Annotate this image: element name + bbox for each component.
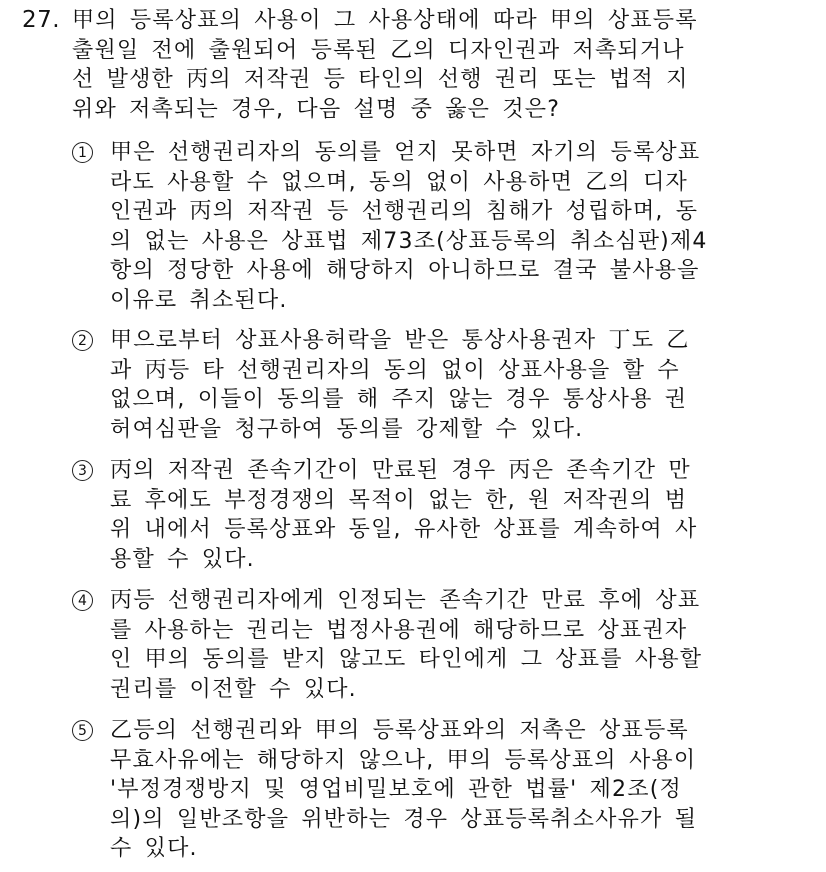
option-text: 丙등 선행권리자에게 인정되는 존속기간 만료 후에 상표 를 사용하는 권리는… [110,586,770,704]
circled-number-3-icon: 3 [72,460,93,481]
option-line: 丙등 선행권리자에게 인정되는 존속기간 만료 후에 상표 [110,586,770,616]
option-line: 없으며, 이들이 동의를 해 주지 않는 경우 통상사용 권 [110,385,770,415]
option-line: 용할 수 있다. [110,545,770,575]
option-line: 甲은 선행권리자의 동의를 얻지 못하면 자기의 등록상표 [110,138,770,168]
question-line: 甲의 등록상표의 사용이 그 사용상태에 따라 甲의 상표등록 [72,6,772,36]
option-line: 권리를 이전할 수 있다. [110,675,770,705]
option-line: 위 내에서 등록상표와 동일, 유사한 상표를 계속하여 사 [110,515,770,545]
option-text: 甲으로부터 상표사용허락을 받은 통상사용권자 丁도 乙 과 丙등 타 선행권리… [110,326,770,444]
option-line: 인 甲의 동의를 받지 않고도 타인에게 그 상표를 사용할 [110,645,770,675]
circled-number-1-icon: 1 [72,142,93,163]
option-text: 丙의 저작권 존속기간이 만료된 경우 丙은 존속기간 만 료 후에도 부정경쟁… [110,456,770,574]
question-stem: 甲의 등록상표의 사용이 그 사용상태에 따라 甲의 상표등록 출원일 전에 출… [72,6,772,124]
option-line: 甲으로부터 상표사용허락을 받은 통상사용권자 丁도 乙 [110,326,770,356]
circled-number-2-icon: 2 [72,330,93,351]
option-line: 를 사용하는 권리는 법정사용권에 해당하므로 상표권자 [110,616,770,646]
circled-number-5-icon: 5 [72,720,93,741]
option-line: 이유로 취소된다. [110,286,770,316]
option-text: 甲은 선행권리자의 동의를 얻지 못하면 자기의 등록상표 라도 사용할 수 없… [110,138,770,315]
option-line: 의)의 일반조항을 위반하는 경우 상표등록취소사유가 될 [110,805,770,835]
option-line: 라도 사용할 수 없으며, 동의 없이 사용하면 乙의 디자 [110,168,770,198]
exam-page: 27. 甲의 등록상표의 사용이 그 사용상태에 따라 甲의 상표등록 출원일 … [0,0,826,872]
option-line: 丙의 저작권 존속기간이 만료된 경우 丙은 존속기간 만 [110,456,770,486]
option-text: 乙등의 선행권리와 甲의 등록상표와의 저촉은 상표등록 무효사유에는 해당하지… [110,716,770,864]
option-line: 의 없는 사용은 상표법 제73조(상표등록의 취소심판)제4 [110,227,770,257]
option-line: 과 丙등 타 선행권리자의 동의 없이 상표사용을 할 수 [110,356,770,386]
question-number: 27. [22,6,60,36]
option-line: 수 있다. [110,834,770,864]
option-line: 무효사유에는 해당하지 않으나, 甲의 등록상표의 사용이 [110,746,770,776]
question-line: 출원일 전에 출원되어 등록된 乙의 디자인권과 저촉되거나 [72,36,772,66]
option-line: 乙등의 선행권리와 甲의 등록상표와의 저촉은 상표등록 [110,716,770,746]
circled-number-4-icon: 4 [72,590,93,611]
option-line: 료 후에도 부정경쟁의 목적이 없는 한, 원 저작권의 범 [110,486,770,516]
option-line: 허여심판을 청구하여 동의를 강제할 수 있다. [110,415,770,445]
option-line: '부정경쟁방지 및 영업비밀보호에 관한 법률' 제2조(정 [110,775,770,805]
question-line: 위와 저촉되는 경우, 다음 설명 중 옳은 것은? [72,95,772,125]
question-line: 선 발생한 丙의 저작권 등 타인의 선행 권리 또는 법적 지 [72,65,772,95]
option-line: 인권과 丙의 저작권 등 선행권리의 침해가 성립하며, 동 [110,197,770,227]
option-line: 항의 정당한 사용에 해당하지 아니하므로 결국 불사용을 [110,256,770,286]
